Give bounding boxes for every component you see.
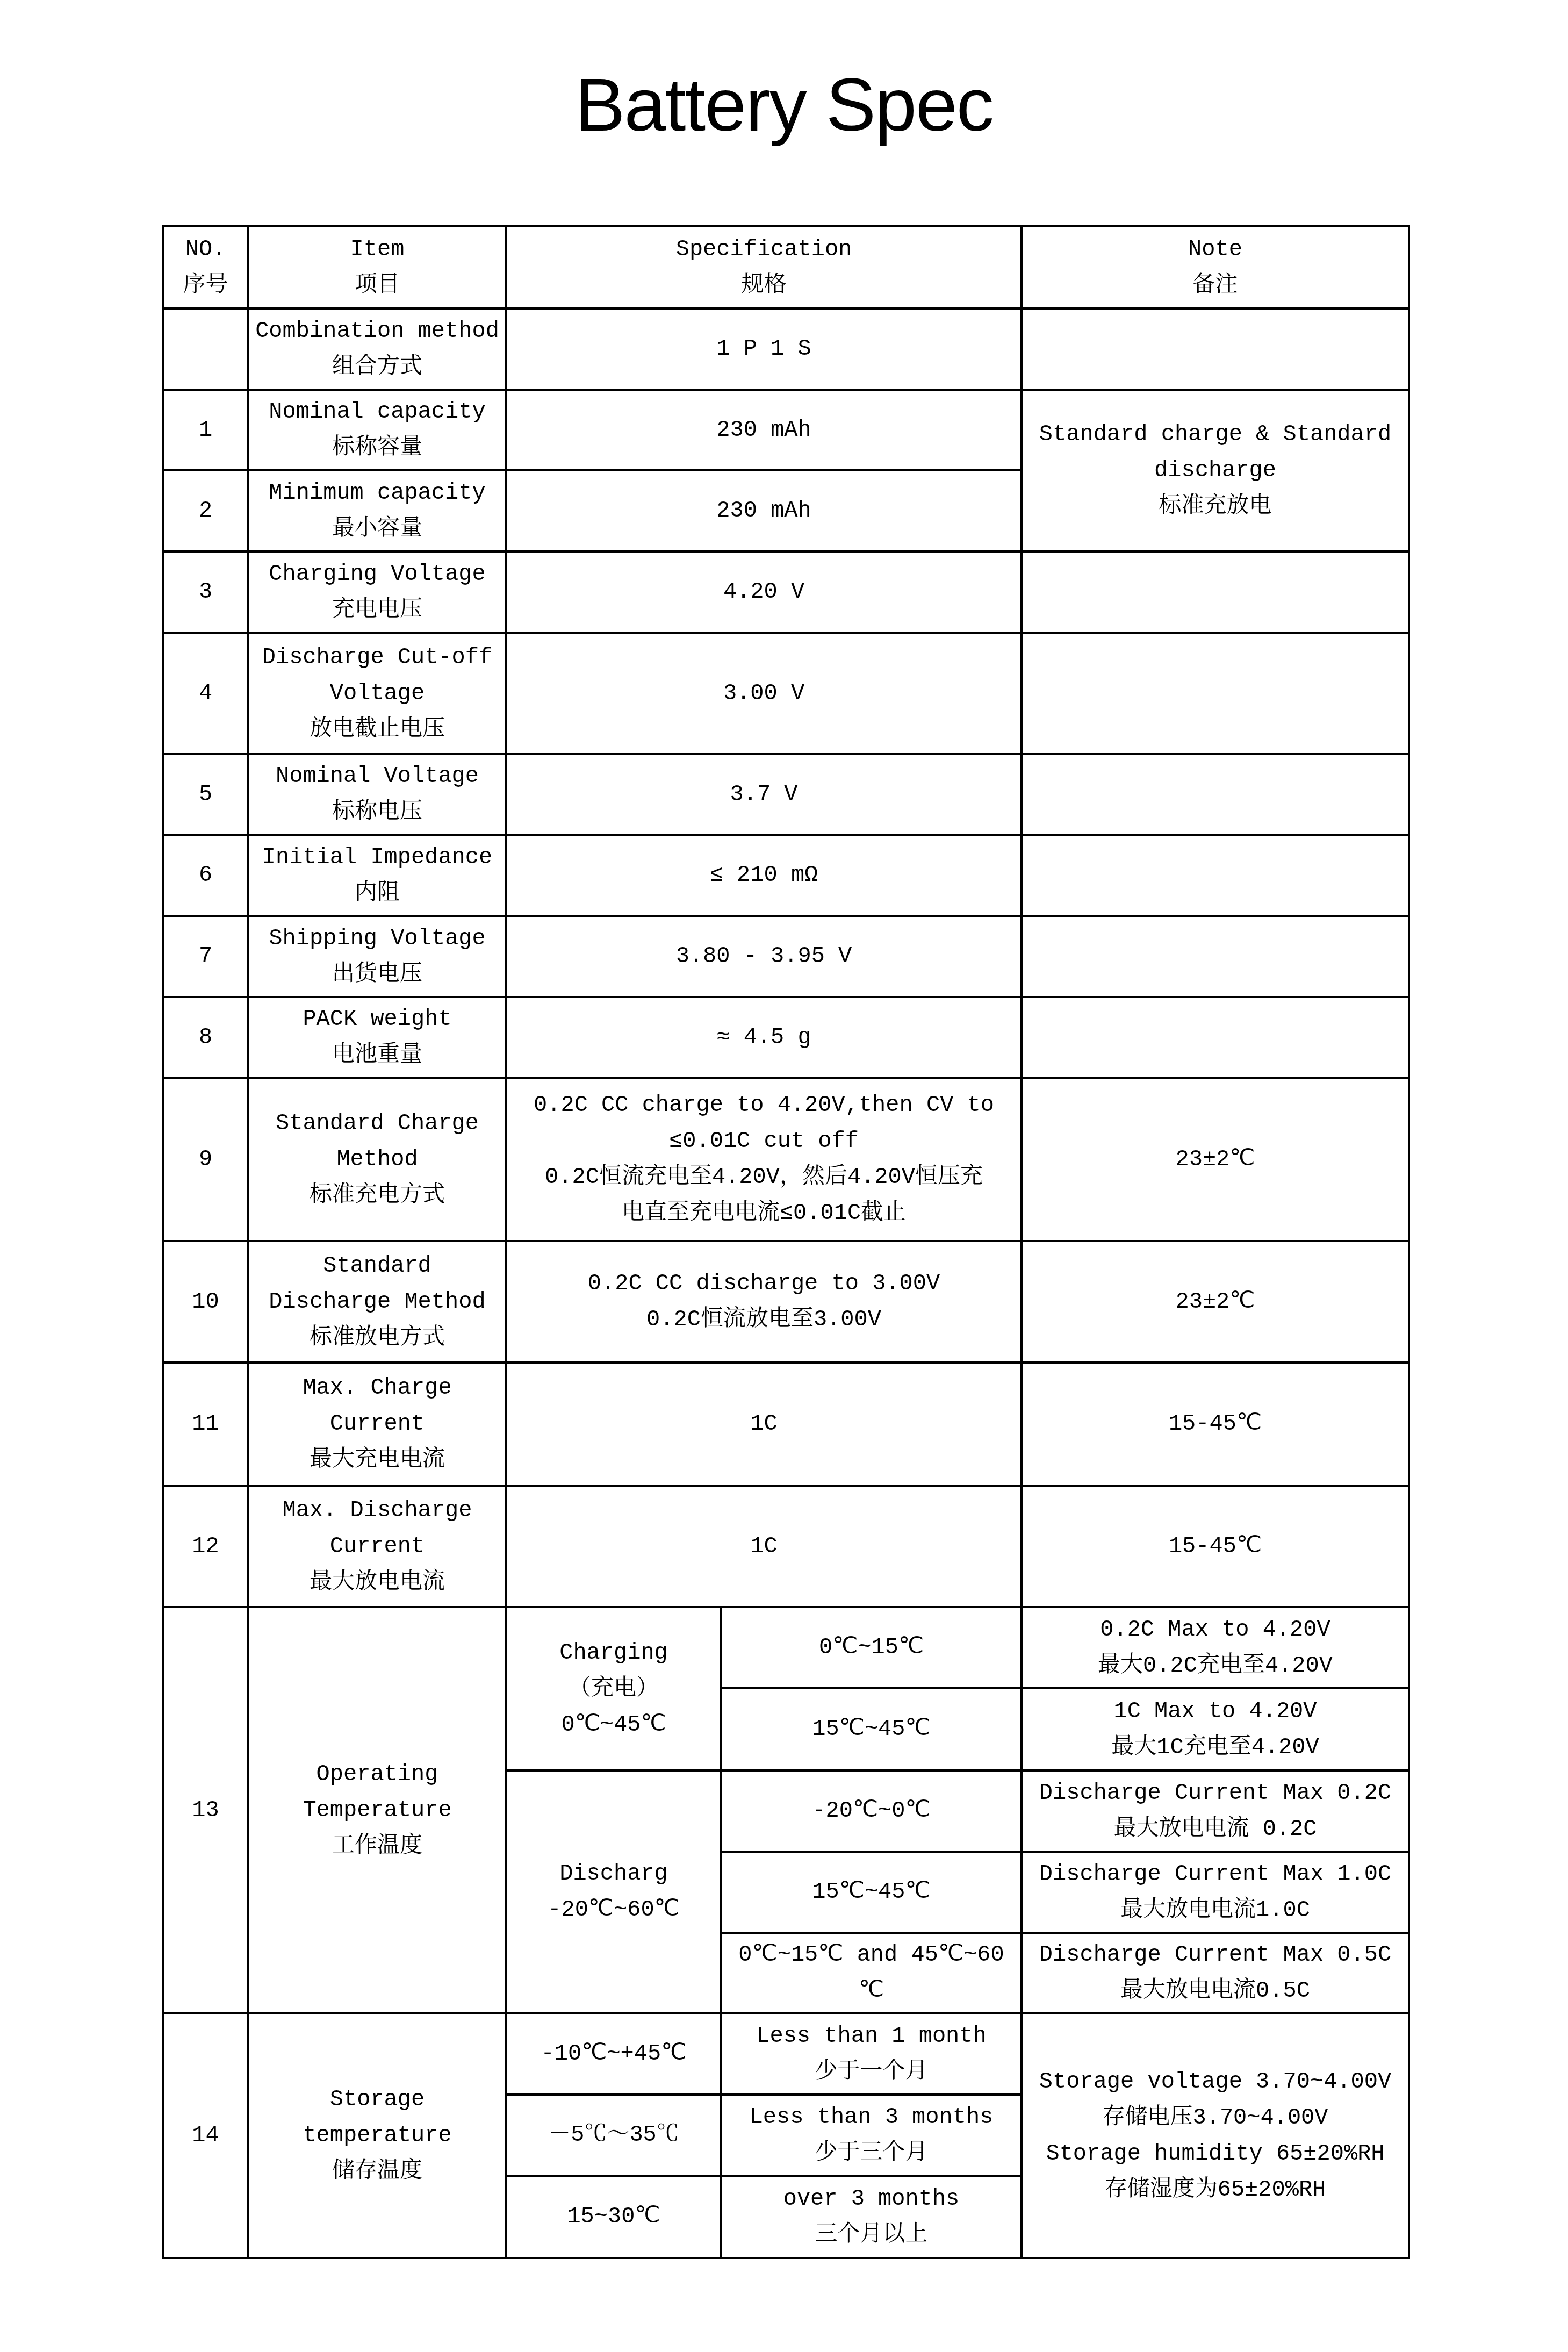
- cell-note: [1022, 551, 1409, 633]
- cell-item: Nominal capacity 标称容量: [248, 390, 506, 470]
- cell-no: 6: [163, 835, 248, 916]
- header-no: NO. 序号: [163, 226, 248, 309]
- cell-item: Discharge Cut-off Voltage 放电截止电压: [248, 633, 506, 754]
- cell-spec: 3.7 V: [506, 754, 1022, 835]
- table-row: 11 Max. Charge Current 最大充电电流 1C 15-45℃: [163, 1363, 1409, 1486]
- cell-storage-note: Storage voltage 3.70~4.00V 存储电压3.70~4.00…: [1022, 2013, 1409, 2258]
- cell-no: 7: [163, 916, 248, 997]
- page-title: Battery Spec: [0, 48, 1568, 161]
- cell-note: 15-45℃: [1022, 1363, 1409, 1486]
- cell-item: Nominal Voltage 标称电压: [248, 754, 506, 835]
- cell-note: 0.2C Max to 4.20V 最大0.2C充电至4.20V: [1022, 1607, 1409, 1688]
- cell-temp: 15~30℃: [506, 2176, 721, 2258]
- cell-no: [163, 309, 248, 390]
- cell-item: Operating Temperature 工作温度: [248, 1607, 506, 2013]
- header-item: Item 项目: [248, 226, 506, 309]
- cell-item: Combination method 组合方式: [248, 309, 506, 390]
- cell-note: [1022, 309, 1409, 390]
- table-row: 1 Nominal capacity 标称容量 230 mAh Standard…: [163, 390, 1409, 470]
- cell-note: Discharge Current Max 1.0C 最大放电电流1.0C: [1022, 1852, 1409, 1933]
- cell-spec: 4.20 V: [506, 551, 1022, 633]
- cell-discharging-label: Discharg -20℃~60℃: [506, 1770, 721, 2013]
- cell-note: 23±2℃: [1022, 1078, 1409, 1241]
- table-row-storage-temperature: 14 Storage temperature 储存温度 -10℃~+45℃ Le…: [163, 2013, 1409, 2095]
- cell-note-standard-charge: Standard charge & Standard discharge 标准充…: [1022, 390, 1409, 551]
- cell-range: 0℃~15℃ and 45℃~60 ℃: [721, 1933, 1022, 2013]
- cell-item: Shipping Voltage 出货电压: [248, 916, 506, 997]
- table-row: 7 Shipping Voltage 出货电压 3.80 - 3.95 V: [163, 916, 1409, 997]
- cell-duration: Less than 1 month 少于一个月: [721, 2013, 1022, 2095]
- cell-note: 23±2℃: [1022, 1241, 1409, 1363]
- cell-no: 2: [163, 470, 248, 551]
- cell-no: 12: [163, 1486, 248, 1607]
- cell-spec: 3.80 - 3.95 V: [506, 916, 1022, 997]
- cell-spec: 1 P 1 S: [506, 309, 1022, 390]
- cell-no: 1: [163, 390, 248, 470]
- cell-no: 5: [163, 754, 248, 835]
- table-row: 9 Standard Charge Method 标准充电方式 0.2C CC …: [163, 1078, 1409, 1241]
- header-specification: Specification 规格: [506, 226, 1022, 309]
- table-row: 10 Standard Discharge Method 标准放电方式 0.2C…: [163, 1241, 1409, 1363]
- cell-item: Max. Discharge Current 最大放电电流: [248, 1486, 506, 1607]
- cell-spec: ≤ 210 mΩ: [506, 835, 1022, 916]
- cell-no: 14: [163, 2013, 248, 2258]
- cell-no: 3: [163, 551, 248, 633]
- cell-note: 1C Max to 4.20V 最大1C充电至4.20V: [1022, 1688, 1409, 1770]
- cell-range: 0℃~15℃: [721, 1607, 1022, 1688]
- cell-spec: 1C: [506, 1363, 1022, 1486]
- cell-charging-label: Charging （充电） 0℃~45℃: [506, 1607, 721, 1770]
- cell-temp: －5℃～35℃: [506, 2095, 721, 2176]
- table-header-row: NO. 序号 Item 项目 Specification 规格 Note 备注: [163, 226, 1409, 309]
- cell-item: Charging Voltage 充电电压: [248, 551, 506, 633]
- cell-item: Standard Discharge Method 标准放电方式: [248, 1241, 506, 1363]
- cell-spec: 0.2C CC discharge to 3.00V 0.2C恒流放电至3.00…: [506, 1241, 1022, 1363]
- cell-note: Discharge Current Max 0.2C 最大放电电流 0.2C: [1022, 1770, 1409, 1852]
- header-note: Note 备注: [1022, 226, 1409, 309]
- cell-spec: 230 mAh: [506, 470, 1022, 551]
- cell-spec: ≈ 4.5 g: [506, 997, 1022, 1078]
- cell-no: 8: [163, 997, 248, 1078]
- cell-no: 13: [163, 1607, 248, 2013]
- cell-item: Standard Charge Method 标准充电方式: [248, 1078, 506, 1241]
- cell-item: Initial Impedance 内阻: [248, 835, 506, 916]
- table-row: 3 Charging Voltage 充电电压 4.20 V: [163, 551, 1409, 633]
- cell-note: [1022, 754, 1409, 835]
- table-row-operating-temperature: 13 Operating Temperature 工作温度 Charging （…: [163, 1607, 1409, 1688]
- cell-item: Max. Charge Current 最大充电电流: [248, 1363, 506, 1486]
- cell-note: [1022, 997, 1409, 1078]
- cell-duration: Less than 3 months 少于三个月: [721, 2095, 1022, 2176]
- cell-item: Storage temperature 储存温度: [248, 2013, 506, 2258]
- cell-no: 11: [163, 1363, 248, 1486]
- cell-note: [1022, 633, 1409, 754]
- cell-note: 15-45℃: [1022, 1486, 1409, 1607]
- cell-range: -20℃~0℃: [721, 1770, 1022, 1852]
- cell-no: 4: [163, 633, 248, 754]
- cell-no: 9: [163, 1078, 248, 1241]
- cell-note: [1022, 916, 1409, 997]
- cell-temp: -10℃~+45℃: [506, 2013, 721, 2095]
- cell-range: 15℃~45℃: [721, 1688, 1022, 1770]
- cell-item: PACK weight 电池重量: [248, 997, 506, 1078]
- cell-item: Minimum capacity 最小容量: [248, 470, 506, 551]
- cell-spec: 3.00 V: [506, 633, 1022, 754]
- table-row: 4 Discharge Cut-off Voltage 放电截止电压 3.00 …: [163, 633, 1409, 754]
- cell-no: 10: [163, 1241, 248, 1363]
- table-row-combination: Combination method 组合方式 1 P 1 S: [163, 309, 1409, 390]
- cell-spec: 1C: [506, 1486, 1022, 1607]
- table-row: 8 PACK weight 电池重量 ≈ 4.5 g: [163, 997, 1409, 1078]
- cell-duration: over 3 months 三个月以上: [721, 2176, 1022, 2258]
- cell-range: 15℃~45℃: [721, 1852, 1022, 1933]
- cell-note: Discharge Current Max 0.5C 最大放电电流0.5C: [1022, 1933, 1409, 2013]
- cell-spec: 0.2C CC charge to 4.20V,then CV to ≤0.01…: [506, 1078, 1022, 1241]
- battery-spec-table: NO. 序号 Item 项目 Specification 规格 Note 备注 …: [162, 225, 1410, 2259]
- cell-note: [1022, 835, 1409, 916]
- cell-spec: 230 mAh: [506, 390, 1022, 470]
- table-row: 6 Initial Impedance 内阻 ≤ 210 mΩ: [163, 835, 1409, 916]
- table-row: 5 Nominal Voltage 标称电压 3.7 V: [163, 754, 1409, 835]
- table-row: 12 Max. Discharge Current 最大放电电流 1C 15-4…: [163, 1486, 1409, 1607]
